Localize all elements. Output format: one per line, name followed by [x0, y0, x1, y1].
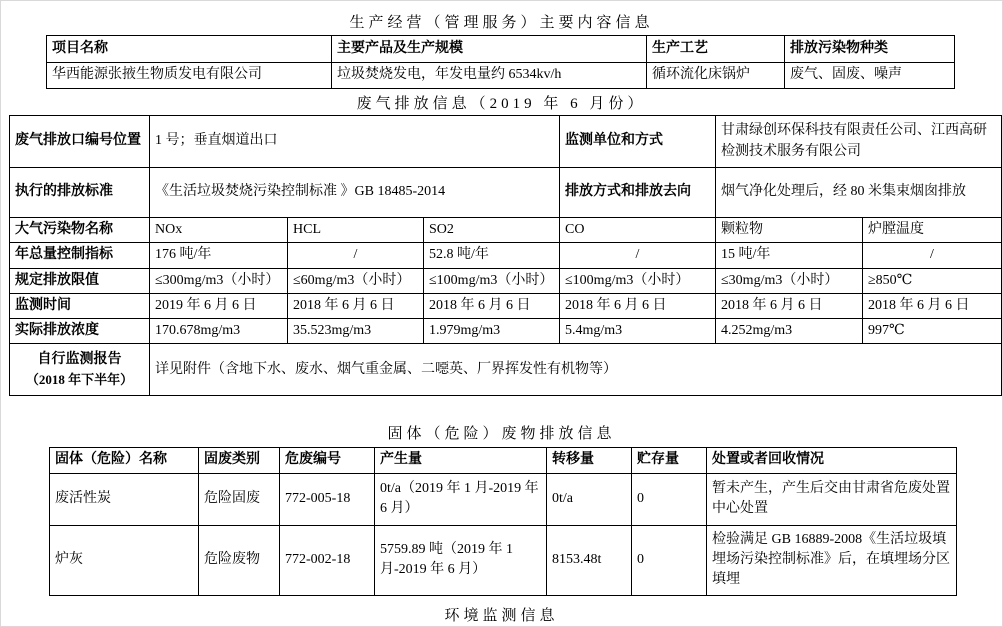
cell-emission-standard-value: 《生活垃圾焚烧污染控制标准 》GB 18485-2014 [150, 168, 560, 218]
report-label-line1: 自行监测报告 [15, 350, 144, 370]
cell-monitor-unit-value: 甘肃绿创环保科技有限责任公司、江西高研检测技术服务有限公司 [716, 116, 1002, 168]
cell-quota-co: / [560, 243, 716, 268]
cell-pollutant-furnace-temp: 炉膛温度 [863, 218, 1002, 243]
cell-time-hcl: 2018 年 6 月 6 日 [288, 293, 424, 318]
header-waste-code: 危废编号 [280, 448, 375, 473]
label-self-monitor-report: 自行监测报告 （2018 年下半年） [10, 344, 150, 396]
cell-pollutant-co: CO [560, 218, 716, 243]
label-emission-standard: 执行的排放标准 [10, 168, 150, 218]
cell-actual-nox: 170.678mg/m3 [150, 319, 288, 344]
header-waste-category: 固废类别 [199, 448, 280, 473]
cell-pollutant-hcl: HCL [288, 218, 424, 243]
label-outlet: 废气排放口编号位置 [10, 116, 150, 168]
cell-stored-amount: 0 [632, 525, 707, 595]
cell-discharge-mode-value: 烟气净化处理后，经 80 米集束烟囱排放 [716, 168, 1002, 218]
solid-waste-header-row: 固体（危险）名称 固废类别 危废编号 产生量 转移量 贮存量 处置或者回收情况 [50, 448, 957, 473]
self-monitor-report-row: 自行监测报告 （2018 年下半年） 详见附件（含地下水、废水、烟气重金属、二噁… [10, 344, 1002, 396]
header-disposal-recovery: 处置或者回收情况 [707, 448, 957, 473]
cell-quota-hcl: / [288, 243, 424, 268]
cell-disposal-recovery: 检验满足 GB 16889-2008《生活垃圾填埋场污染控制标准》后，在填埋场分… [707, 525, 957, 595]
label-emission-limit: 规定排放限值 [10, 268, 150, 293]
cell-limit-co: ≤100mg/m3（小时） [560, 268, 716, 293]
section-title-main-info: 生产经营（管理服务）主要内容信息 [1, 1, 1002, 32]
cell-self-monitor-report-value: 详见附件（含地下水、废水、烟气重金属、二噁英、厂界挥发性有机物等） [150, 344, 1002, 396]
cell-time-so2: 2018 年 6 月 6 日 [424, 293, 560, 318]
cell-quota-particulate: 15 吨/年 [716, 243, 863, 268]
cell-limit-so2: ≤100mg/m3（小时） [424, 268, 560, 293]
cell-waste-code: 772-002-18 [280, 525, 375, 595]
label-monitor-unit: 监测单位和方式 [560, 116, 716, 168]
section-title-env-monitoring: 环境监测信息 [1, 604, 1002, 625]
cell-stored-amount: 0 [632, 473, 707, 525]
label-actual-concentration: 实际排放浓度 [10, 319, 150, 344]
cell-process: 循环流化床锅炉 [647, 63, 785, 89]
cell-waste-name: 废活性炭 [50, 473, 199, 525]
cell-time-particulate: 2018 年 6 月 6 日 [716, 293, 863, 318]
cell-actual-so2: 1.979mg/m3 [424, 319, 560, 344]
gas-outlet-row: 废气排放口编号位置 1 号；垂直烟道出口 监测单位和方式 甘肃绿创环保科技有限责… [10, 116, 1002, 168]
label-annual-quota: 年总量控制指标 [10, 243, 150, 268]
document-page: 生产经营（管理服务）主要内容信息 项目名称 主要产品及生产规模 生产工艺 排放污… [0, 0, 1003, 627]
section-title-gas-emission: 废气排放信息（2019 年 6 月份） [1, 92, 1002, 113]
cell-actual-co: 5.4mg/m3 [560, 319, 716, 344]
solid-waste-row-furnace-ash: 炉灰 危险废物 772-002-18 5759.89 吨（2019 年 1 月-… [50, 525, 957, 595]
header-transferred-amount: 转移量 [547, 448, 632, 473]
cell-disposal-recovery: 暂未产生，产生后交由甘肃省危废处置中心处置 [707, 473, 957, 525]
header-product-scale: 主要产品及生产规模 [332, 36, 647, 63]
cell-outlet-value: 1 号；垂直烟道出口 [150, 116, 560, 168]
annual-quota-row: 年总量控制指标 176 吨/年 / 52.8 吨/年 / 15 吨/年 / [10, 243, 1002, 268]
cell-actual-furnace-temp: 997℃ [863, 319, 1002, 344]
header-pollutant-types: 排放污染物种类 [785, 36, 955, 63]
header-project-name: 项目名称 [47, 36, 332, 63]
emission-limit-row: 规定排放限值 ≤300mg/m3（小时） ≤60mg/m3（小时） ≤100mg… [10, 268, 1002, 293]
pollutant-name-row: 大气污染物名称 NOx HCL SO2 CO 颗粒物 炉膛温度 [10, 218, 1002, 243]
header-waste-name: 固体（危险）名称 [50, 448, 199, 473]
monitor-time-row: 监测时间 2019 年 6 月 6 日 2018 年 6 月 6 日 2018 … [10, 293, 1002, 318]
report-label-line2: （2018 年下半年） [15, 371, 144, 390]
cell-waste-category: 危险废物 [199, 525, 280, 595]
cell-quota-furnace-temp: / [863, 243, 1002, 268]
solid-waste-table: 固体（危险）名称 固废类别 危废编号 产生量 转移量 贮存量 处置或者回收情况 … [49, 447, 957, 595]
gas-emission-table: 废气排放口编号位置 1 号；垂直烟道出口 监测单位和方式 甘肃绿创环保科技有限责… [9, 115, 1002, 396]
cell-waste-name: 炉灰 [50, 525, 199, 595]
cell-time-furnace-temp: 2018 年 6 月 6 日 [863, 293, 1002, 318]
label-pollutant-name: 大气污染物名称 [10, 218, 150, 243]
cell-actual-particulate: 4.252mg/m3 [716, 319, 863, 344]
cell-pollutant-types: 废气、固废、噪声 [785, 63, 955, 89]
cell-project-name: 华西能源张掖生物质发电有限公司 [47, 63, 332, 89]
cell-time-co: 2018 年 6 月 6 日 [560, 293, 716, 318]
cell-quota-so2: 52.8 吨/年 [424, 243, 560, 268]
actual-concentration-row: 实际排放浓度 170.678mg/m3 35.523mg/m3 1.979mg/… [10, 319, 1002, 344]
section-title-solid-waste: 固体（危险）废物排放信息 [1, 422, 1002, 443]
cell-transferred-amount: 0t/a [547, 473, 632, 525]
header-stored-amount: 贮存量 [632, 448, 707, 473]
cell-time-nox: 2019 年 6 月 6 日 [150, 293, 288, 318]
main-info-table: 项目名称 主要产品及生产规模 生产工艺 排放污染物种类 华西能源张掖生物质发电有… [46, 35, 955, 89]
label-monitor-time: 监测时间 [10, 293, 150, 318]
solid-waste-row-activated-carbon: 废活性炭 危险固废 772-005-18 0t/a（2019 年 1 月-201… [50, 473, 957, 525]
cell-actual-hcl: 35.523mg/m3 [288, 319, 424, 344]
cell-limit-hcl: ≤60mg/m3（小时） [288, 268, 424, 293]
cell-pollutant-nox: NOx [150, 218, 288, 243]
cell-limit-nox: ≤300mg/m3（小时） [150, 268, 288, 293]
cell-quota-nox: 176 吨/年 [150, 243, 288, 268]
cell-pollutant-so2: SO2 [424, 218, 560, 243]
cell-waste-code: 772-005-18 [280, 473, 375, 525]
cell-waste-category: 危险固废 [199, 473, 280, 525]
cell-transferred-amount: 8153.48t [547, 525, 632, 595]
header-generated-amount: 产生量 [375, 448, 547, 473]
main-info-header-row: 项目名称 主要产品及生产规模 生产工艺 排放污染物种类 [47, 36, 955, 63]
label-discharge-mode: 排放方式和排放去向 [560, 168, 716, 218]
cell-product-scale: 垃圾焚烧发电，年发电量约 6534kv/h [332, 63, 647, 89]
cell-generated-amount: 0t/a（2019 年 1 月-2019 年 6 月） [375, 473, 547, 525]
cell-pollutant-particulate: 颗粒物 [716, 218, 863, 243]
cell-limit-particulate: ≤30mg/m3（小时） [716, 268, 863, 293]
header-process: 生产工艺 [647, 36, 785, 63]
cell-limit-furnace-temp: ≥850℃ [863, 268, 1002, 293]
main-info-data-row: 华西能源张掖生物质发电有限公司 垃圾焚烧发电，年发电量约 6534kv/h 循环… [47, 63, 955, 89]
cell-generated-amount: 5759.89 吨（2019 年 1 月-2019 年 6 月） [375, 525, 547, 595]
gas-standard-row: 执行的排放标准 《生活垃圾焚烧污染控制标准 》GB 18485-2014 排放方… [10, 168, 1002, 218]
